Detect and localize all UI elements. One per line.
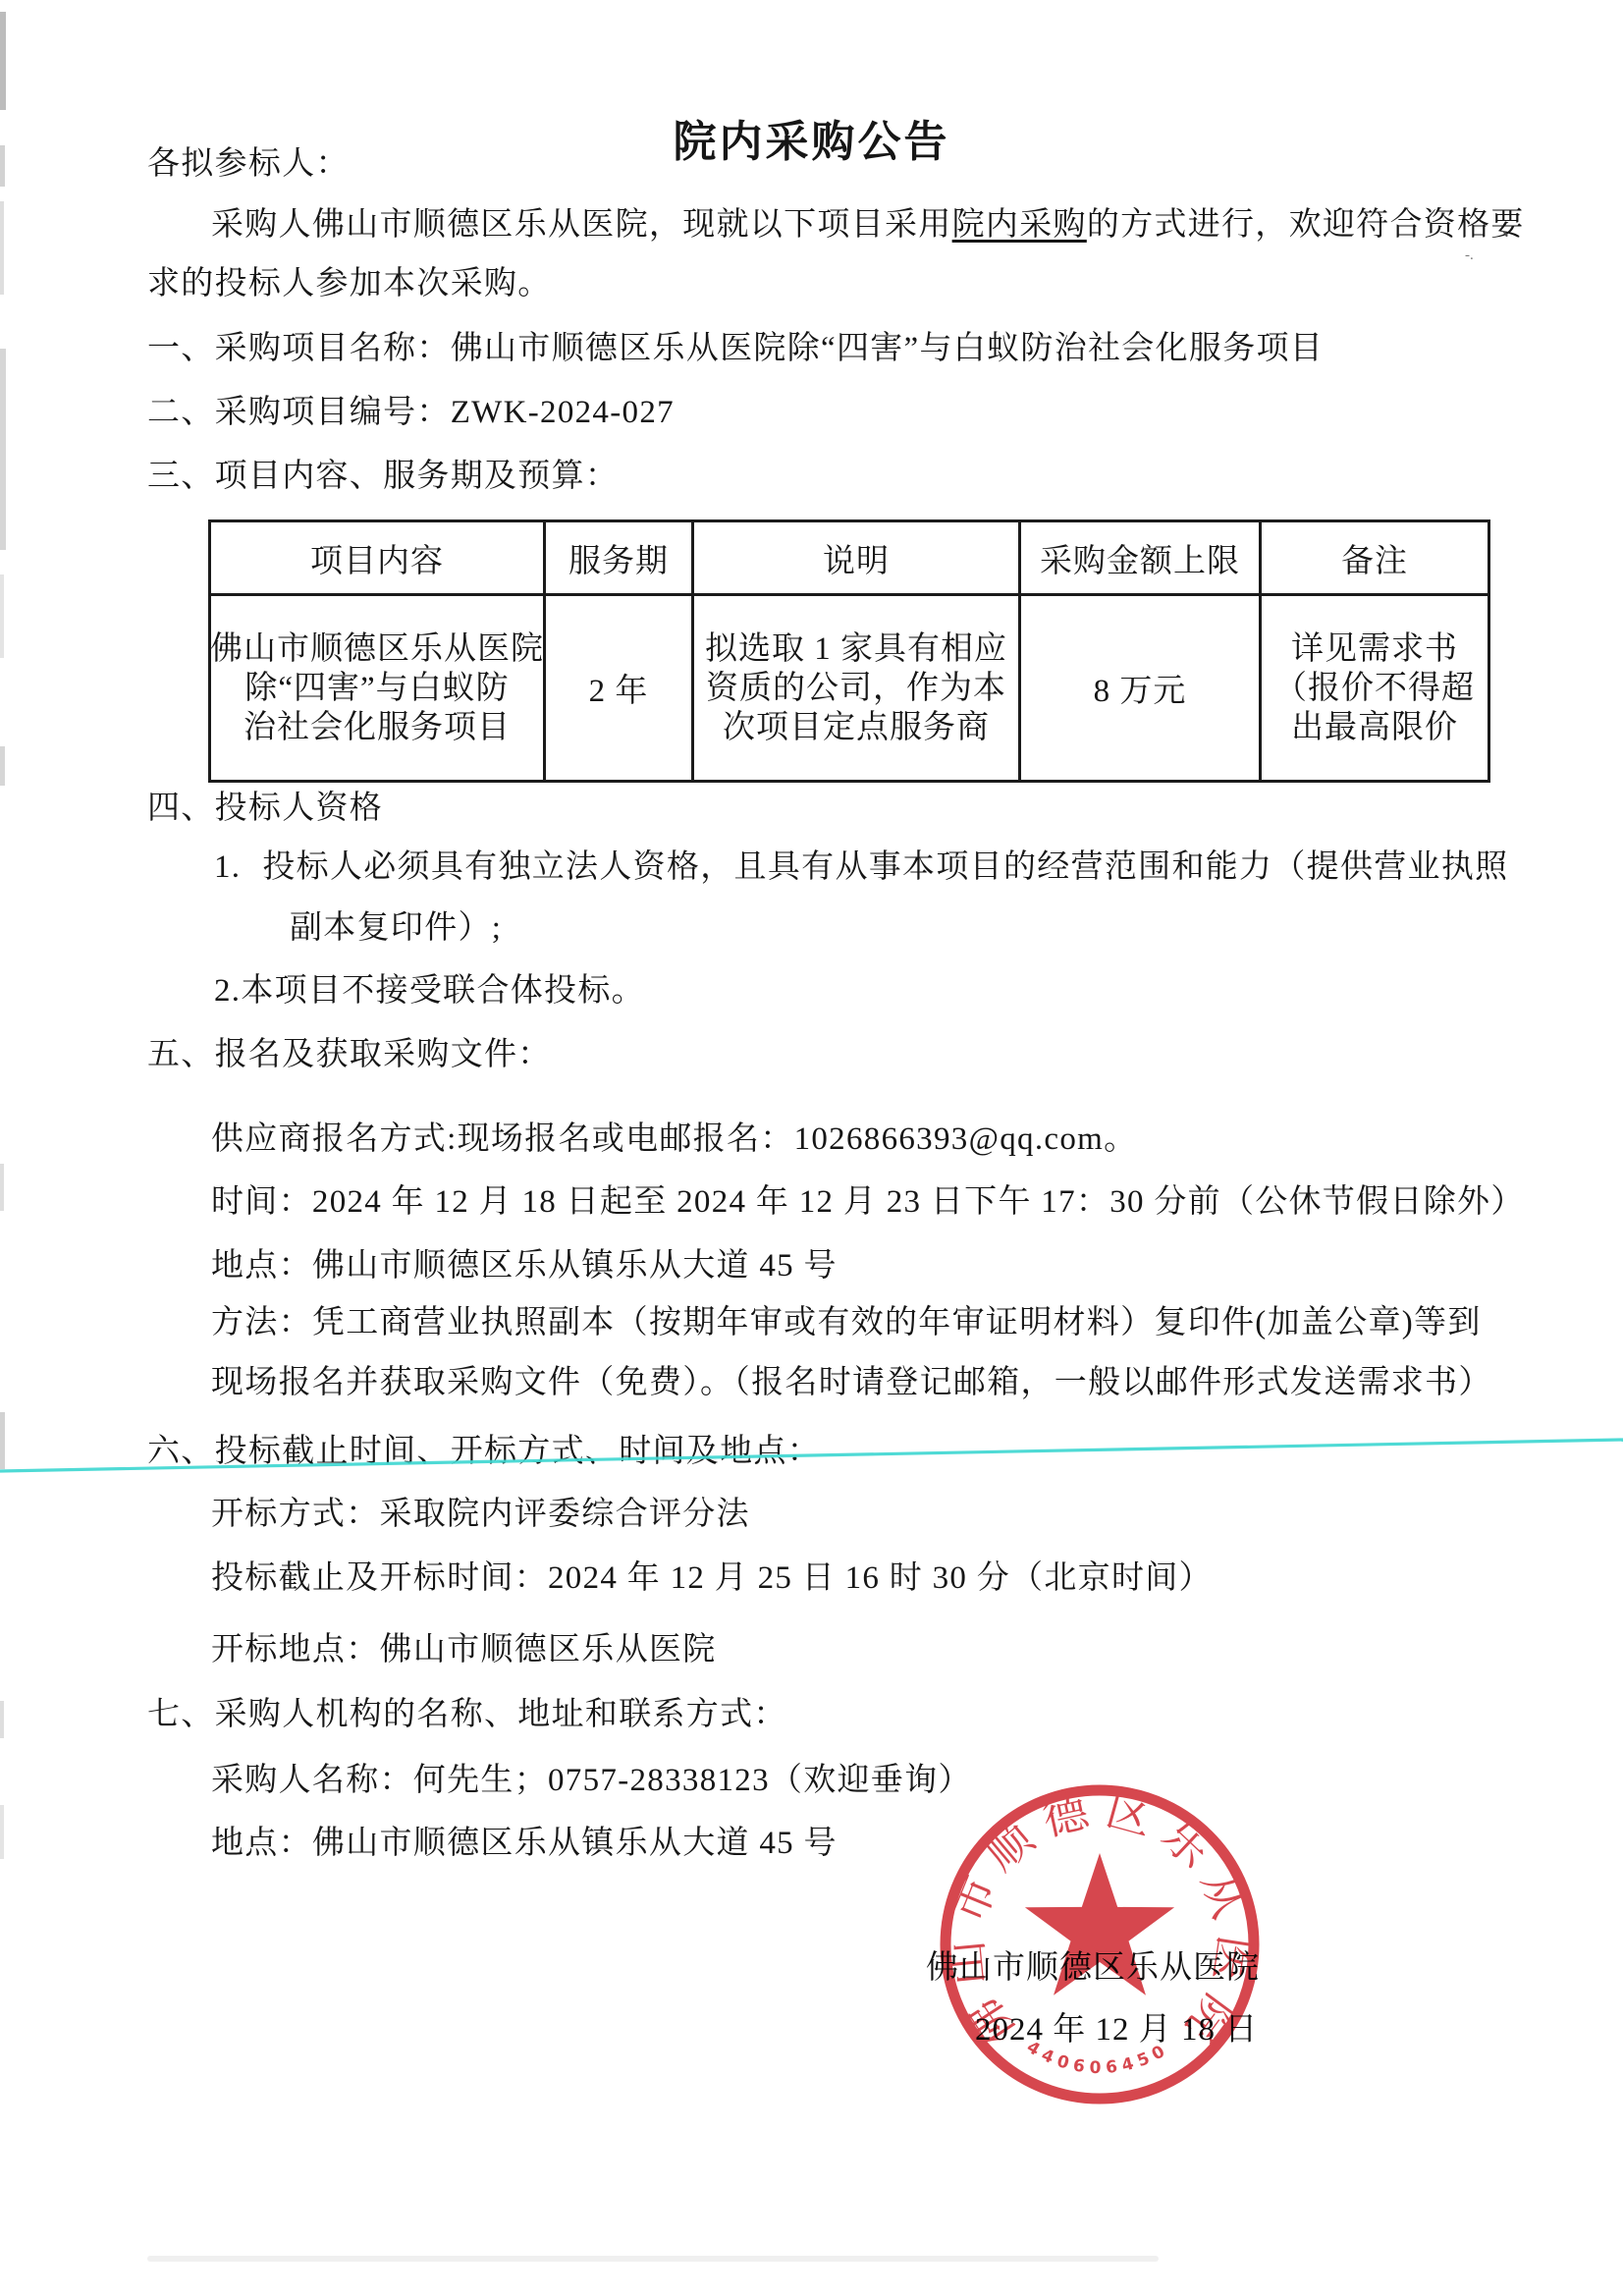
section-2-label: 二、 xyxy=(147,395,215,430)
signature-org: 佛山市顺德区乐从医院 xyxy=(926,1941,1260,1988)
registration-time-line: 时间：2024 年 12 月 18 日起至 2024 年 12 月 23 日下午… xyxy=(211,1185,1525,1221)
section-6-text: 投标截止时间、开标方式、时间及地点： xyxy=(215,1434,821,1469)
remark-line: （报价不得超 xyxy=(1274,669,1475,708)
section-1-heading: 一、采购项目名称：佛山市顺德区乐从医院除“四害”与白蚁防治社会化服务项目 xyxy=(147,332,1324,367)
section-5-text: 报名及获取采购文件： xyxy=(215,1037,552,1072)
section-5-label: 五、 xyxy=(147,1037,215,1072)
remark-line: 详见需求书 xyxy=(1291,629,1458,669)
contact-place-line: 地点：佛山市顺德区乐从镇乐从大道 45 号 xyxy=(211,1827,838,1862)
table-cell-amount-cap: 8 万元 xyxy=(1021,596,1262,780)
intro-line-1: 采购人佛山市顺德区乐从医院，现就以下项目采用院内采购的方式进行，欢迎符合资格要 xyxy=(211,208,1525,244)
project-budget-table: 项目内容 服务期 说明 采购金额上限 备注 佛山市顺德区乐从医院 除“四害”与白… xyxy=(208,519,1490,783)
registration-how-line-2: 现场报名并获取采购文件（免费）。（报名时请登记邮箱，一般以邮件形式发送需求书） xyxy=(211,1366,1492,1401)
table-cell-service-period: 2 年 xyxy=(546,596,694,780)
section-2-text: 采购项目编号：ZWK-2024-027 xyxy=(215,395,675,430)
signature-date: 2024 年 12 月 18 日 xyxy=(975,2003,1258,2050)
salutation: 各拟参标人： xyxy=(147,147,350,183)
description-line: 拟选取 1 家具有相应 xyxy=(705,629,1007,669)
scan-edge-mark xyxy=(0,1701,4,1738)
table-header-description: 说明 xyxy=(694,522,1021,596)
table-header-remark: 备注 xyxy=(1262,522,1488,596)
section-3-text: 项目内容、服务期及预算： xyxy=(215,459,620,494)
scan-edge-mark xyxy=(0,201,4,295)
table-header-content: 项目内容 xyxy=(211,522,546,596)
section-7-label: 七、 xyxy=(147,1697,215,1732)
scan-edge-mark xyxy=(0,12,6,110)
content-line: 佛山市顺德区乐从医院 xyxy=(210,629,544,669)
registration-how-line-1: 方法：凭工商营业执照副本（按期年审或有效的年审证明材料）复印件(加盖公章)等到 xyxy=(211,1306,1482,1341)
scan-bottom-smudge xyxy=(147,2256,1159,2262)
scan-edge-mark xyxy=(0,145,5,187)
section-1-text: 采购项目名称：佛山市顺德区乐从医院除“四害”与白蚁防治社会化服务项目 xyxy=(215,331,1325,366)
table-header-amount-cap: 采购金额上限 xyxy=(1021,522,1262,596)
section-7-text: 采购人机构的名称、地址和联系方式： xyxy=(215,1697,787,1732)
intro-underlined-term: 院内采购 xyxy=(952,207,1087,243)
scan-edge-mark xyxy=(0,574,4,658)
section-3-label: 三、 xyxy=(147,459,215,494)
stray-scan-dash: -. xyxy=(1465,247,1474,264)
scan-edge-mark xyxy=(0,746,5,786)
opening-deadline-line: 投标截止及开标时间：2024 年 12 月 25 日 16 时 30 分（北京时… xyxy=(211,1561,1213,1597)
qualification-item-1: 1.投标人必须具有独立法人资格，且具有从事本项目的经营范围和能力（提供营业执照 xyxy=(214,850,1508,886)
opening-mode-line: 开标方式：采取院内评委综合评分法 xyxy=(211,1498,750,1533)
intro-line1-post: 的方式进行，欢迎符合资格要 xyxy=(1087,207,1525,243)
scan-edge-mark xyxy=(0,349,6,550)
remark-line: 出最高限价 xyxy=(1291,708,1458,747)
qualification-item-2: 2.本项目不接受联合体投标。 xyxy=(214,974,645,1010)
section-7-heading: 七、采购人机构的名称、地址和联系方式： xyxy=(147,1698,787,1733)
section-6-heading: 六、投标截止时间、开标方式、时间及地点： xyxy=(147,1435,821,1470)
table-cell-content: 佛山市顺德区乐从医院 除“四害”与白蚁防 治社会化服务项目 xyxy=(211,596,546,780)
table-header-service-period: 服务期 xyxy=(546,522,694,596)
section-4-text: 投标人资格 xyxy=(215,791,384,826)
section-4-heading: 四、投标人资格 xyxy=(147,792,383,827)
table-cell-remark: 详见需求书 （报价不得超 出最高限价 xyxy=(1262,596,1488,780)
scan-edge-mark xyxy=(0,1412,5,1469)
scan-edge-mark xyxy=(0,1164,4,1211)
qualification-item-1-cont: 副本复印件）; xyxy=(290,911,502,947)
contact-name-line: 采购人名称：何先生；0757-28338123（欢迎垂询） xyxy=(211,1764,972,1799)
registration-place-line: 地点：佛山市顺德区乐从镇乐从大道 45 号 xyxy=(211,1249,838,1285)
intro-line1-pre: 采购人佛山市顺德区乐从医院，现就以下项目采用 xyxy=(211,207,952,243)
section-6-label: 六、 xyxy=(147,1434,215,1469)
section-2-heading: 二、采购项目编号：ZWK-2024-027 xyxy=(147,396,675,431)
intro-line-2: 求的投标人参加本次采购。 xyxy=(147,267,552,302)
item-1-text: 投标人必须具有独立法人资格，且具有从事本项目的经营范围和能力（提供营业执照 xyxy=(262,849,1508,885)
content-line: 除“四害”与白蚁防 xyxy=(244,669,509,708)
table-cell-description: 拟选取 1 家具有相应 资质的公司，作为本 次项目定点服务商 xyxy=(694,596,1021,780)
stray-scan-mark: 、 xyxy=(1500,206,1526,243)
registration-method-line: 供应商报名方式:现场报名或电邮报名：1026866393@qq.com。 xyxy=(211,1122,1137,1158)
section-5-heading: 五、报名及获取采购文件： xyxy=(147,1038,552,1073)
description-line: 次项目定点服务商 xyxy=(723,708,990,747)
scanned-document-page: 院内采购公告 各拟参标人： 采购人佛山市顺德区乐从医院，现就以下项目采用院内采购… xyxy=(0,0,1623,2296)
item-1-number: 1. xyxy=(214,849,241,885)
section-4-label: 四、 xyxy=(147,791,215,826)
scan-edge-mark xyxy=(0,1805,4,1859)
section-3-heading: 三、项目内容、服务期及预算： xyxy=(147,460,619,495)
content-line: 治社会化服务项目 xyxy=(243,708,511,747)
section-1-label: 一、 xyxy=(147,331,215,366)
description-line: 资质的公司，作为本 xyxy=(706,669,1006,708)
opening-place-line: 开标地点：佛山市顺德区乐从医院 xyxy=(211,1633,717,1668)
